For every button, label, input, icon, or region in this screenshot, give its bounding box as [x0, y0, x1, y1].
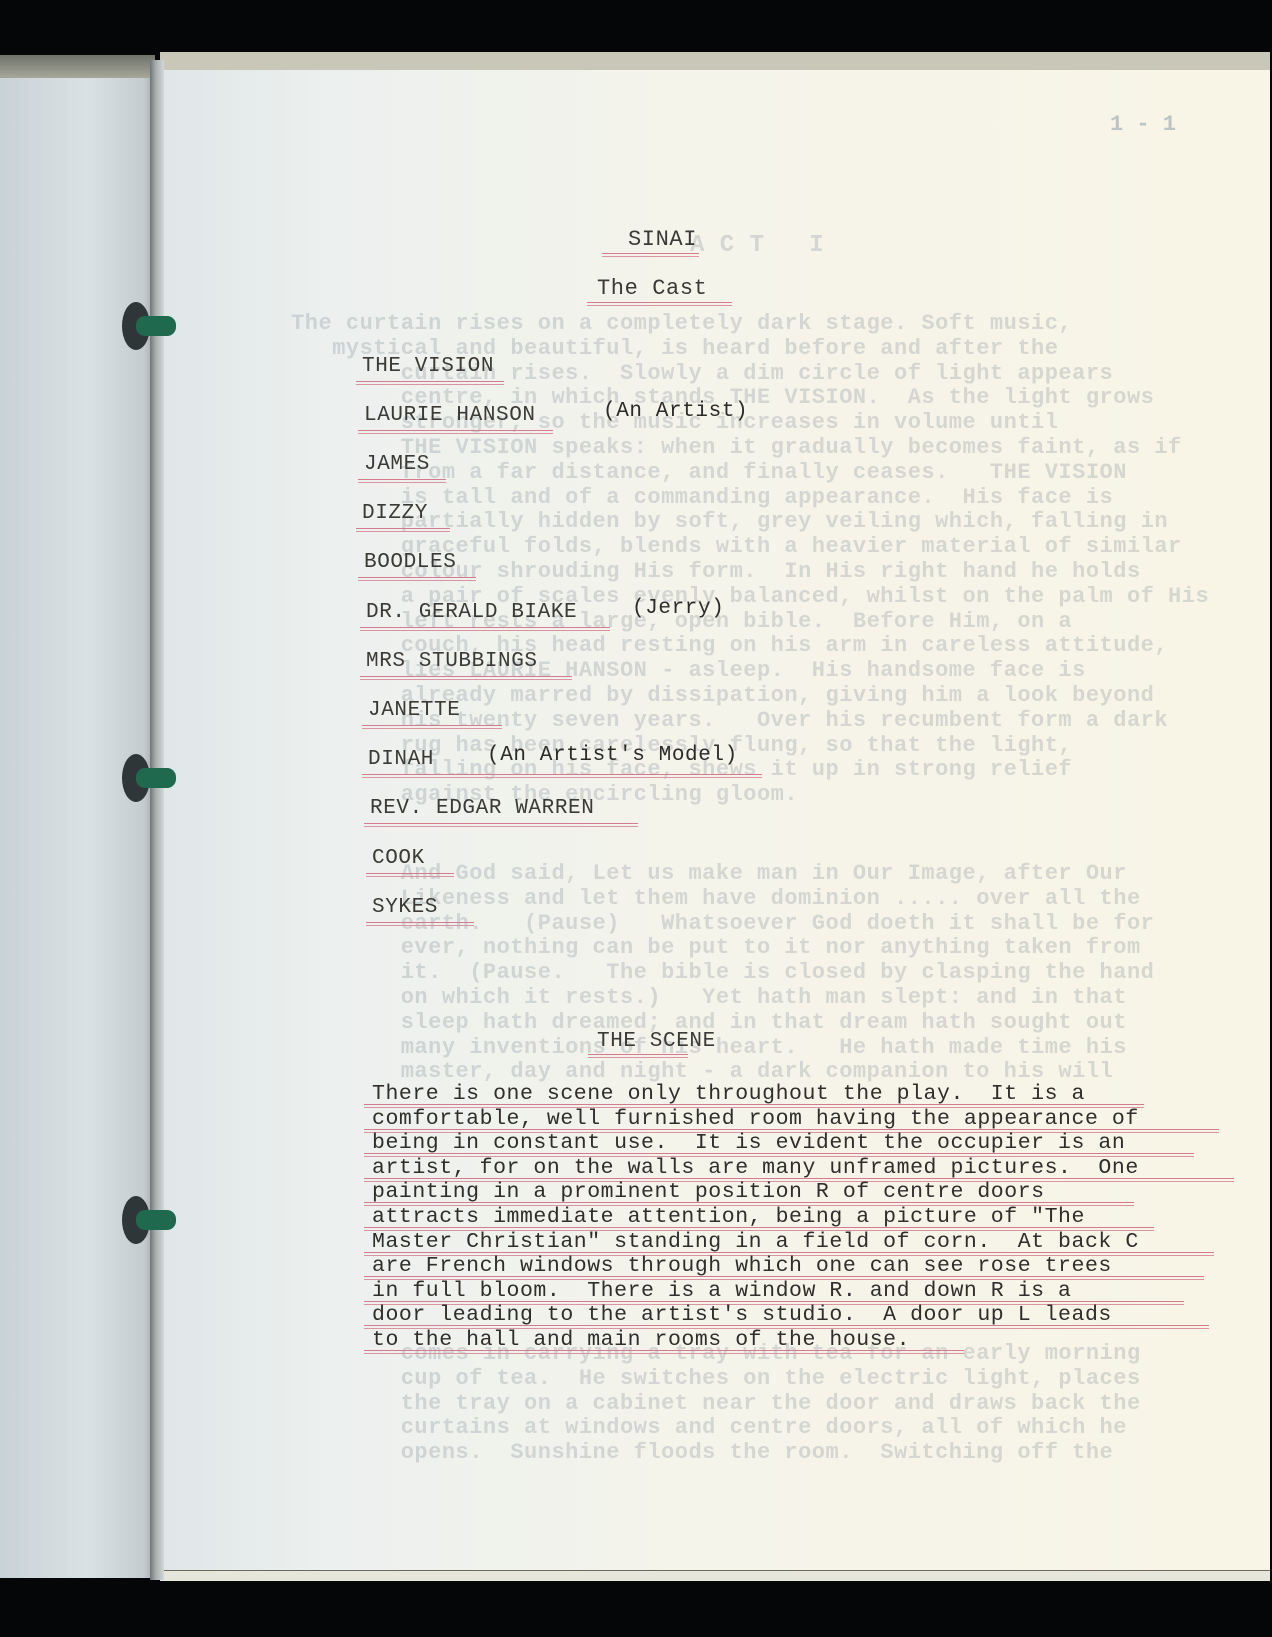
page-bottom-edge [160, 1570, 1270, 1581]
cast-member-name: COOK [372, 847, 425, 870]
underline [356, 528, 450, 532]
cast-member-name: DR. GERALD BIAKE [366, 601, 577, 624]
underline [602, 253, 699, 257]
cast-member-name: BOODLES [364, 551, 456, 574]
cast-heading: The Cast [597, 276, 707, 301]
cast-member-note: (Jerry) [632, 597, 724, 620]
underline [362, 774, 762, 778]
binding-ring-icon [122, 302, 190, 354]
cast-member-name: DINAH [368, 748, 434, 771]
cast-member-name: REV. EDGAR WARREN [370, 797, 594, 820]
underline [360, 627, 610, 631]
underline [360, 676, 572, 680]
play-title: SINAI [628, 227, 697, 252]
cast-member-name: SYKES [372, 896, 438, 919]
underline [356, 381, 504, 385]
cast-member-note: (An Artist's Model) [487, 744, 738, 767]
scene-line: in full bloom. There is a window R. and … [372, 1279, 1072, 1303]
scene-heading: THE SCENE [597, 1030, 716, 1053]
underline [358, 577, 476, 581]
underline [364, 1350, 964, 1354]
binding-ring-icon [122, 754, 190, 806]
underline [358, 430, 553, 434]
underline [587, 302, 732, 306]
left-page-edge [0, 55, 155, 79]
cast-member-name: DIZZY [362, 502, 428, 525]
cast-member-name: JANETTE [368, 699, 460, 722]
underline [358, 479, 446, 483]
page-number: 1 - 1 [1110, 112, 1176, 137]
scene-line: Master Christian" standing in a field of… [372, 1230, 1139, 1254]
scene-line: artist, for on the walls are many unfram… [372, 1156, 1139, 1180]
scene-line: attracts immediate attention, being a pi… [372, 1205, 1085, 1229]
cast-member-name: THE VISION [362, 355, 494, 378]
scene-line: There is one scene only throughout the p… [372, 1082, 1085, 1106]
show-through-text: comes in carrying a tray with tea for an… [250, 1342, 1141, 1466]
cast-member-name: JAMES [364, 453, 430, 476]
underline [366, 873, 454, 877]
underline [366, 922, 474, 926]
cast-member-name: MRS STUBBINGS [366, 650, 538, 673]
scene-line: door leading to the artist's studio. A d… [372, 1303, 1112, 1327]
cast-member-note: (An Artist) [603, 400, 748, 423]
scene-line: painting in a prominent position R of ce… [372, 1180, 1045, 1204]
binding-ring-icon [122, 1196, 190, 1248]
scene-line: to the hall and main rooms of the house. [372, 1328, 910, 1352]
scene-line: being in constant use. It is evident the… [372, 1131, 1125, 1155]
underline [588, 1054, 688, 1058]
scene-line: are French windows through which one can… [372, 1254, 1112, 1278]
cast-member-name: LAURIE HANSON [364, 404, 536, 427]
scene-line: comfortable, well furnished room having … [372, 1107, 1139, 1131]
show-through-heading: A C T I [690, 234, 824, 259]
underline [362, 725, 502, 729]
underline [364, 823, 638, 827]
binding-gutter [150, 60, 164, 1580]
